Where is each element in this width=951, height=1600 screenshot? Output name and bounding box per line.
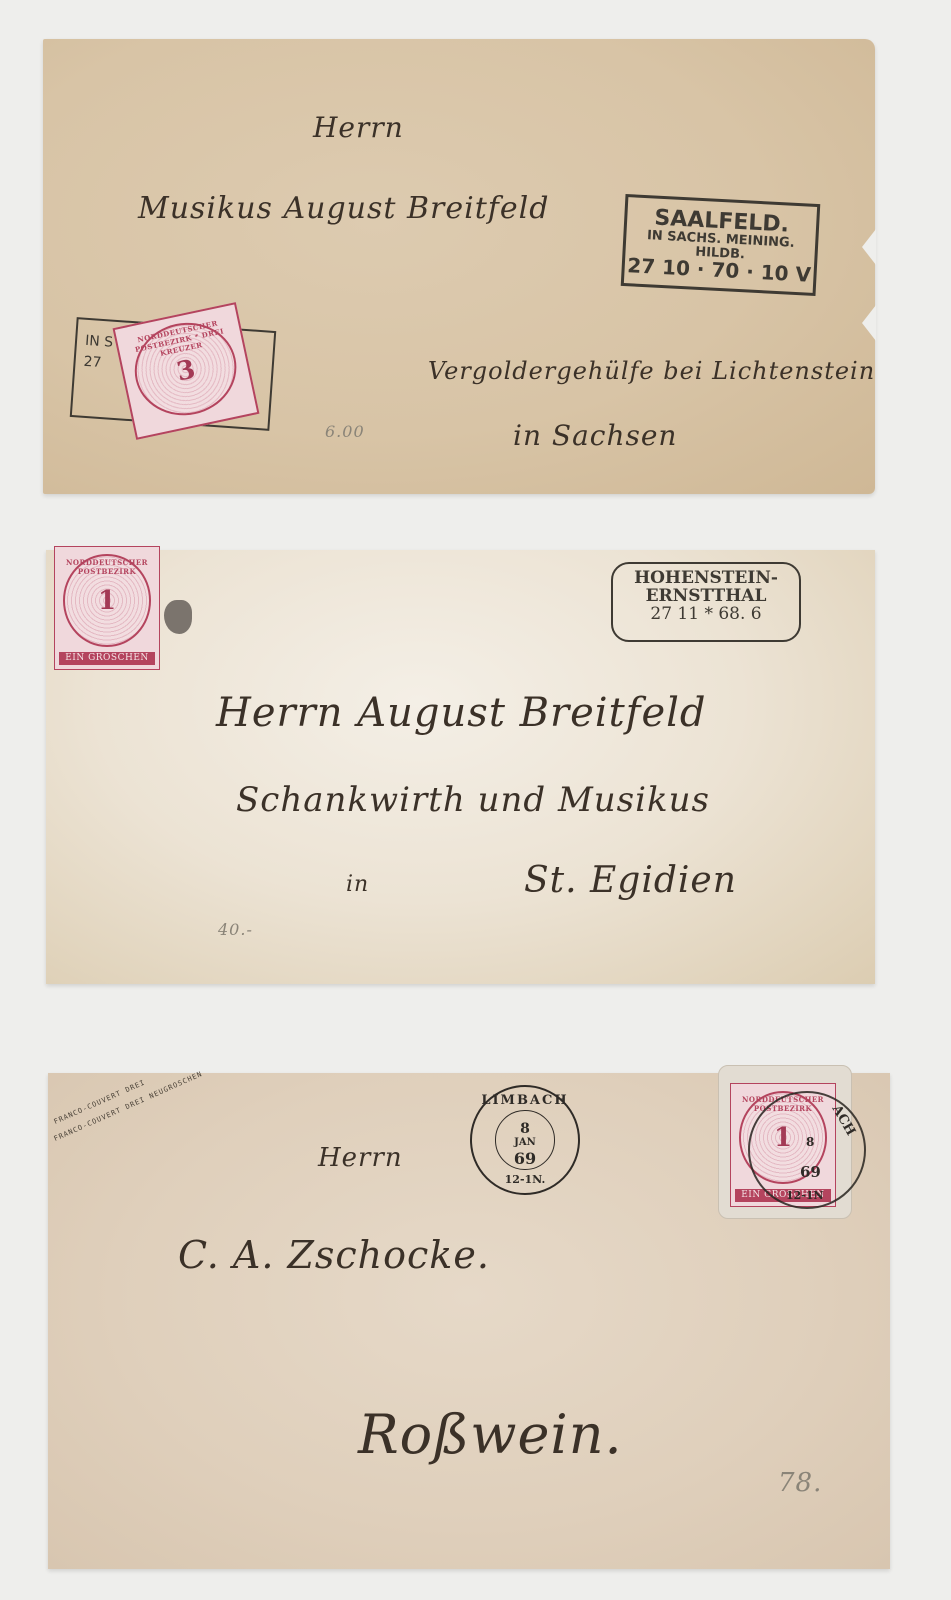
envelope-3: FRANCO-COUVERT DREI FRANCO-COUVERT DREI …	[48, 1073, 890, 1569]
pencil-note: 6.00	[325, 422, 365, 441]
address-town: St. Egidien	[524, 860, 737, 901]
torn-edge-notch	[862, 305, 876, 341]
postmark-time: 12-1N.	[472, 1173, 578, 1186]
postmark-day: 8	[472, 1121, 578, 1137]
stamp-value-band: EIN GROSCHEN	[59, 652, 155, 665]
address-name: Herrn August Breitfeld	[216, 690, 707, 736]
pencil-note: 78.	[778, 1468, 822, 1498]
postmark-day: 8	[806, 1135, 814, 1149]
postmark-year: 69	[800, 1163, 821, 1181]
postmark-hohenstein: HOHENSTEIN- ERNSTTHAL 27 11 * 68. 6	[611, 562, 801, 642]
postmark-month: JAN	[472, 1137, 578, 1148]
address-salutation: Herrn	[318, 1143, 403, 1173]
torn-edge-notch	[862, 229, 876, 265]
postmark-limbach: LIMBACH 8 JAN 69 12-1N.	[470, 1085, 580, 1195]
address-occupation: Schankwirth und Musikus	[236, 780, 710, 820]
postmark-town: LIMBACH	[472, 1093, 578, 1108]
ink-smudge	[164, 600, 192, 634]
postmark-on-stamp: ACH 8 69 12-1N	[748, 1091, 866, 1209]
address-street: Vergoldergehülfe bei Lichtenstein	[428, 357, 875, 385]
postmark-time: 12-1N	[786, 1189, 824, 1202]
address-name: Musikus August Breitfeld	[138, 191, 549, 226]
address-town: Roßwein.	[358, 1403, 623, 1466]
postmark-year: 69	[472, 1149, 578, 1168]
address-salutation: Herrn	[313, 111, 404, 144]
postmark-saalfeld: SAALFELD. IN SACHS. MEINING. HILDB. 27 1…	[621, 194, 821, 296]
pencil-note: 40.-	[218, 920, 253, 939]
printed-indicia-line-2: FRANCO-COUVERT DREI NEUGROSCHEN	[53, 1070, 204, 1143]
stamp-arc-text: NORDDEUTSCHER POSTBEZIRK	[55, 558, 159, 576]
envelope-2: Herrn August Breitfeld Schankwirth und M…	[46, 550, 875, 984]
envelope-1: Herrn Musikus August Breitfeld Vergolder…	[43, 39, 875, 494]
address-preposition: in	[346, 872, 369, 897]
stamp-numeral: 1	[55, 586, 159, 616]
address-region: in Sachsen	[513, 419, 677, 452]
postmark-date: 27 11 * 68. 6	[613, 606, 799, 624]
postmark-town-2: ERNSTTHAL	[613, 588, 799, 606]
stamp-ein-groschen: NORDDEUTSCHER POSTBEZIRK 1 EIN GROSCHEN	[54, 546, 160, 670]
postmark-town-fragment: ACH	[829, 1103, 858, 1139]
address-name: C. A. Zschocke.	[178, 1233, 490, 1277]
